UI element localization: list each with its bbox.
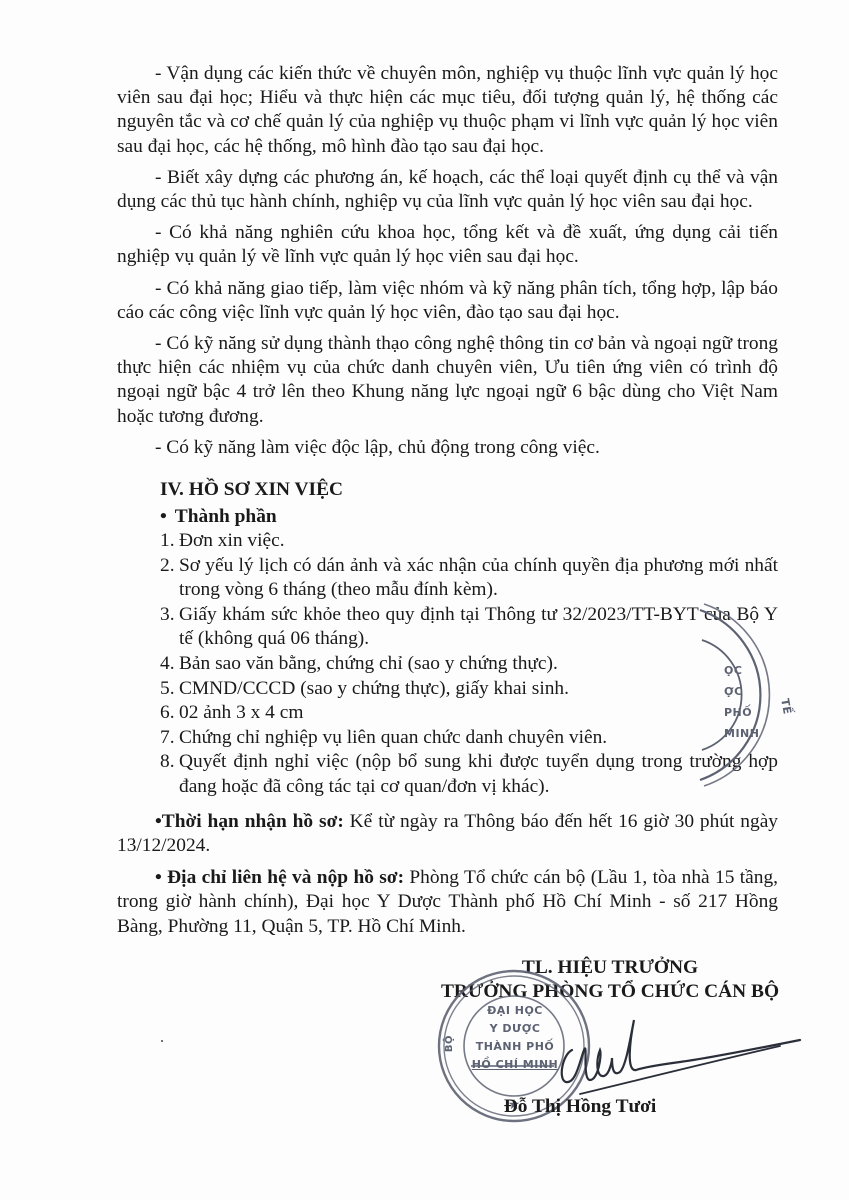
list-item: 7.Chứng chỉ nghiệp vụ liên quan chức dan… [160,726,778,751]
requirement-paragraph: - Có khả năng nghiên cứu khoa học, tổng … [117,221,778,269]
address-label: Địa chỉ liên hệ và nộp hồ sơ: [167,867,404,888]
list-item: 2.Sơ yếu lý lịch có dán ảnh và xác nhận … [160,554,778,603]
requirement-paragraph: - Có kỹ năng làm việc độc lập, chủ động … [117,436,778,460]
list-item: 5.CMND/CCCD (sao y chứng thực), giấy kha… [160,677,778,702]
signature-title-1: TL. HIỆU TRƯỞNG [400,956,820,980]
scan-speck [161,1040,163,1042]
address-paragraph: • Địa chỉ liên hệ và nộp hồ sơ: Phòng Tổ… [117,866,778,939]
stamp-side-text: BỘ [444,1035,455,1052]
stamp-text: ĐẠI HỌC Y DƯỢC THÀNH PHỐ HỒ CHÍ MINH [470,1002,560,1074]
list-item: 6.02 ảnh 3 x 4 cm [160,701,778,726]
signature-title-2: TRƯỞNG PHÒNG TỔ CHỨC CÁN BỘ [400,980,820,1004]
documents-list: 1.Đơn xin việc. 2.Sơ yếu lý lịch có dán … [160,529,778,800]
list-item: 3.Giấy khám sức khỏe theo quy định tại T… [160,603,778,652]
list-item: 1.Đơn xin việc. [160,529,778,554]
requirement-paragraph: - Biết xây dựng các phương án, kế hoạch,… [117,166,778,214]
scan-speck [133,838,134,842]
signer-name: Đỗ Thị Hồng Tươi [400,1096,760,1118]
signature-block: TL. HIỆU TRƯỞNG TRƯỞNG PHÒNG TỔ CHỨC CÁN… [400,956,820,1004]
requirements-section: - Vận dụng các kiến thức về chuyên môn, … [117,62,778,460]
partial-stamp-side-text: TẾ [778,697,794,715]
subheading-label: Thành phần [175,506,277,527]
requirement-paragraph: - Có kỹ năng sử dụng thành thạo công ngh… [117,332,778,429]
section-heading: IV. HỒ SƠ XIN VIỆC [160,478,343,502]
requirement-paragraph: - Có khả năng giao tiếp, làm việc nhóm v… [117,277,778,325]
requirement-paragraph: - Vận dụng các kiến thức về chuyên môn, … [117,62,778,159]
list-item: 8.Quyết định nghỉ việc (nộp bổ sung khi … [160,750,778,799]
handwritten-signature-icon [540,1010,820,1100]
list-item: 4.Bản sao văn bằng, chứng chỉ (sao y chứ… [160,652,778,677]
section-subheading: •Thành phần [160,505,277,529]
document-page: - Vận dụng các kiến thức về chuyên môn, … [0,0,849,1200]
bullet-icon: • [155,867,162,888]
bullet-icon: • [160,506,167,527]
deadline-paragraph: •Thời hạn nhận hồ sơ: Kể từ ngày ra Thôn… [117,810,778,859]
deadline-label: Thời hạn nhận hồ sơ: [162,811,344,832]
bullet-icon: • [155,811,162,832]
